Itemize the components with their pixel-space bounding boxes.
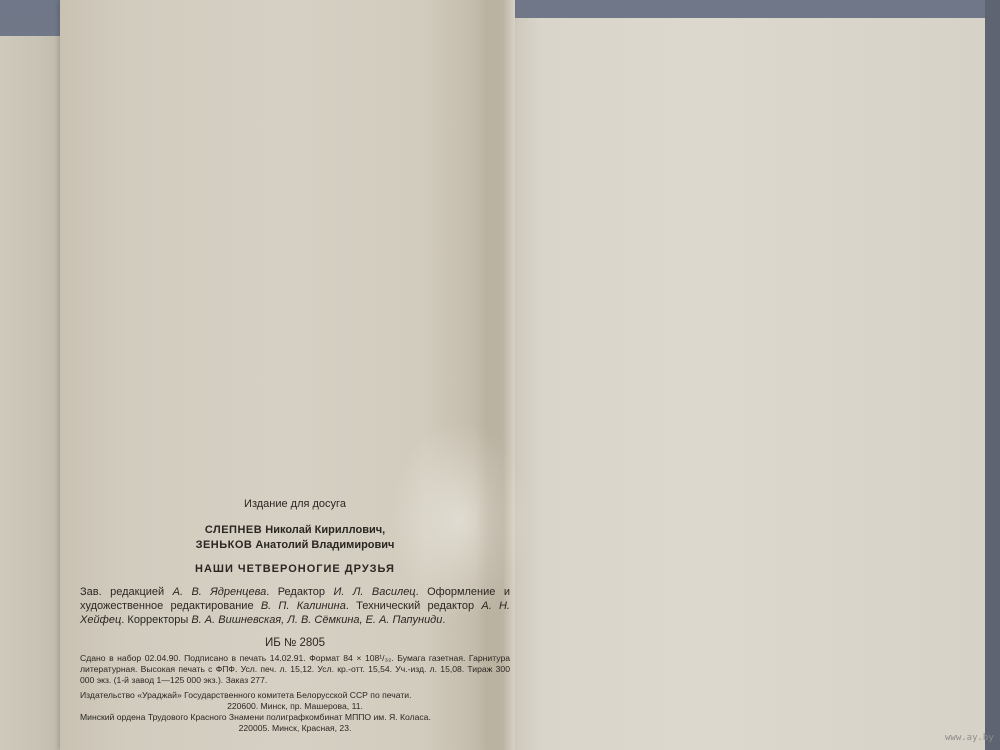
author-1: СЛЕПНЕВ Николай Кириллович,	[80, 523, 510, 538]
credits-text: . Технический редактор	[346, 600, 482, 612]
art-editor-name: В. П. Калинина	[261, 600, 346, 612]
proofreader-names: В. А. Вишневская, Л. В. Сёмкина, Е. А. П…	[191, 614, 442, 626]
author-given-name: Николай Кириллович,	[265, 524, 385, 536]
author-given-name: Анатолий Владимирович	[255, 539, 394, 551]
credits-text: . Редактор	[266, 586, 333, 598]
colophon-block: Издание для досуга СЛЕПНЕВ Николай Кирил…	[80, 492, 510, 734]
publisher-line: Издательство «Ураджай» Государственного …	[80, 690, 510, 701]
credits-text: . Корректоры	[121, 614, 191, 626]
editorial-credits: Зав. редакцией А. В. Ядренцева. Редактор…	[80, 586, 510, 627]
author-surname: ЗЕНЬКОВ	[196, 539, 253, 551]
editor-name: И. Л. Василец	[334, 586, 416, 598]
publisher-address: 220600. Минск, пр. Машерова, 11.	[80, 701, 510, 712]
book-cover-edge	[985, 0, 1000, 750]
right-page-blank	[512, 18, 990, 750]
ib-number: ИБ № 2805	[80, 637, 510, 651]
watermark: www.ay.by	[945, 733, 994, 743]
credits-text: Зав. редакцией	[80, 586, 173, 598]
credits-text: .	[442, 614, 445, 626]
authors: СЛЕПНЕВ Николай Кириллович, ЗЕНЬКОВ Анат…	[80, 523, 510, 553]
edition-type: Издание для досуга	[80, 498, 510, 511]
printer-line: Минский ордена Трудового Красного Знамен…	[80, 712, 510, 723]
head-editor-name: А. В. Ядренцева	[173, 586, 267, 598]
book-title: НАШИ ЧЕТВЕРОНОГИЕ ДРУЗЬЯ	[80, 563, 510, 576]
publisher-info: Издательство «Ураджай» Государственного …	[80, 690, 510, 735]
printer-address: 220005. Минск, Красная, 23.	[80, 723, 510, 734]
author-surname: СЛЕПНЕВ	[205, 524, 262, 536]
print-specifications: Сдано в набор 02.04.90. Подписано в печа…	[80, 653, 510, 687]
author-2: ЗЕНЬКОВ Анатолий Владимирович	[80, 538, 510, 553]
